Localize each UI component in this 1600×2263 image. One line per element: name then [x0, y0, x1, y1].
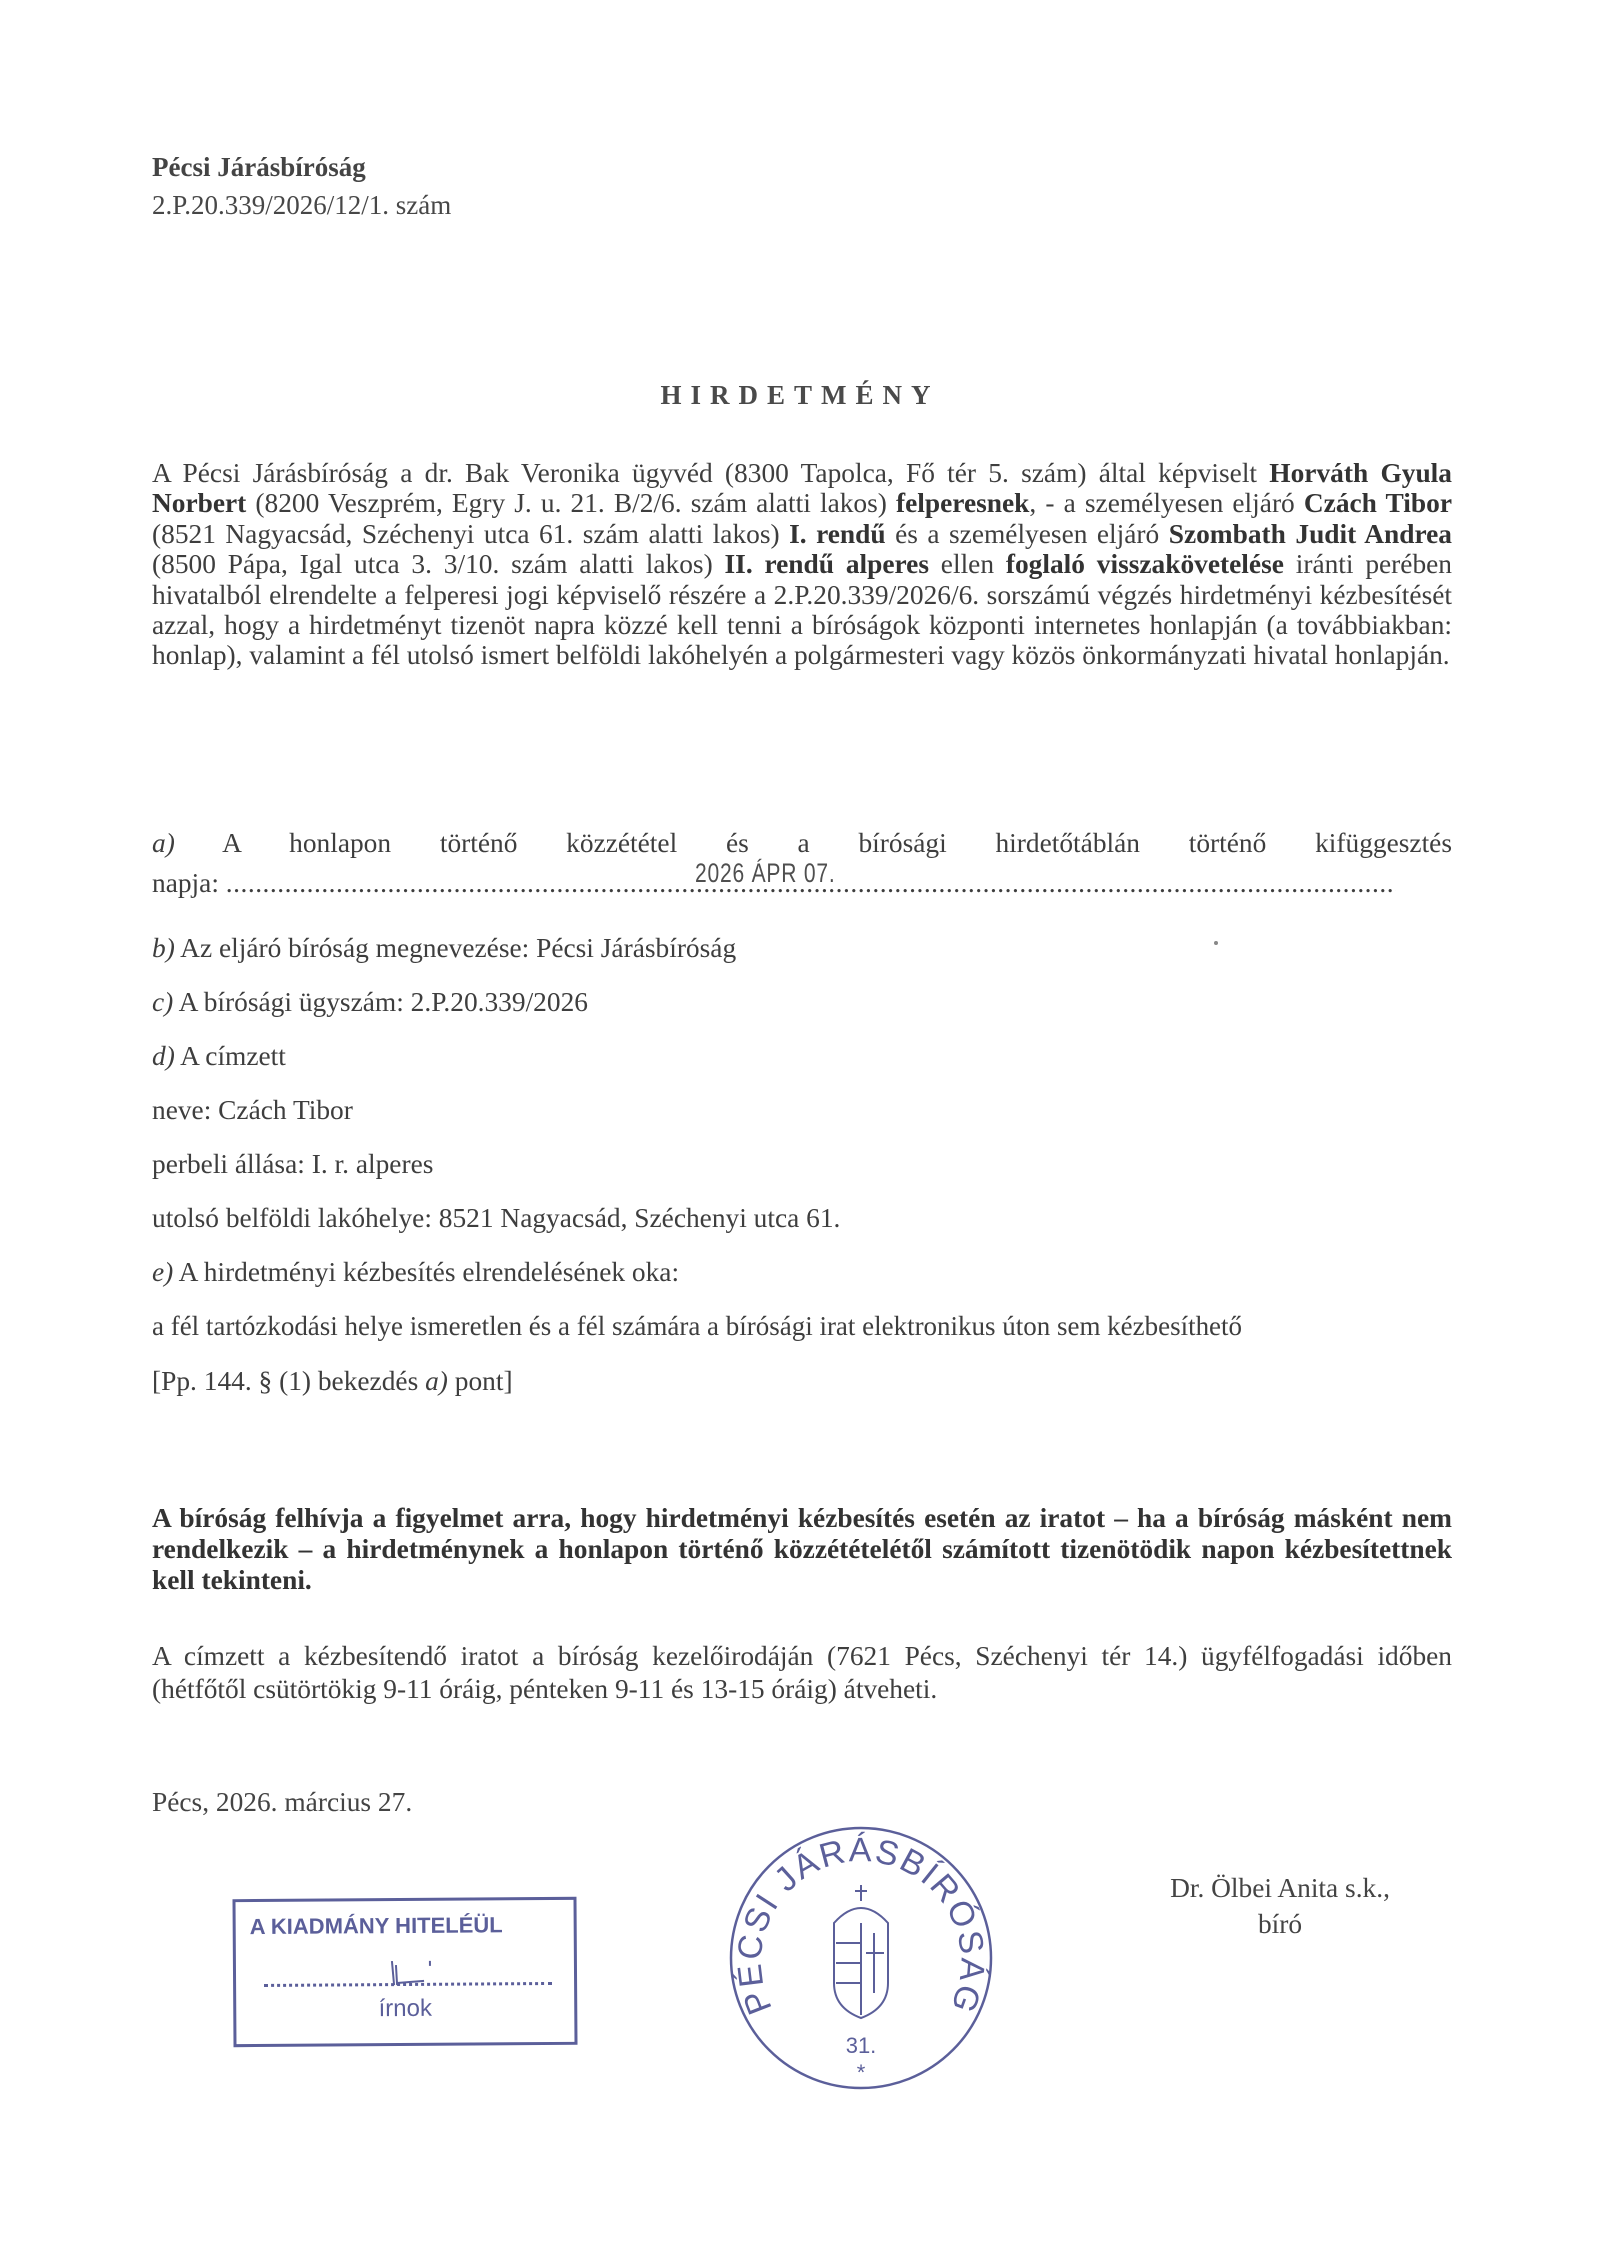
judge-title: bíró [1130, 1906, 1430, 1942]
judge-signature: Dr. Ölbei Anita s.k., bíró [1130, 1870, 1430, 1942]
pickup-info: A címzett a kézbesítendő iratot a bírósá… [152, 1640, 1452, 1706]
document-title: HIRDETMÉNY [0, 380, 1600, 411]
document-page: Pécsi Járásbíróság 2.P.20.339/2026/12/1.… [0, 0, 1600, 2263]
item-d: d) A címzett [152, 1041, 286, 1072]
coat-of-arms-icon [834, 1885, 888, 2018]
service-reason: a fél tartózkodási helye ismeretlen és a… [152, 1311, 1242, 1342]
recipient-address: utolsó belföldi lakóhelye: 8521 Nagyacsá… [152, 1203, 840, 1234]
item-a: a) A honlapon történő közzététel és a bí… [152, 825, 1452, 861]
svg-text:31.: 31. [846, 2033, 877, 2058]
defendant1-role: I. rendű [789, 519, 886, 549]
stamp-role: írnok [236, 1994, 574, 2024]
case-subject: foglaló visszakövetelése [1006, 549, 1284, 579]
recipient-status: perbeli állása: I. r. alperes [152, 1149, 433, 1180]
place-and-date: Pécs, 2026. március 27. [152, 1787, 412, 1818]
plaintiff-role: felperesnek [896, 488, 1029, 518]
authentication-stamp: A KIADMÁNY HITELÉÜL írnok [232, 1897, 577, 2047]
court-seal-icon: PÉCSI JÁRÁSBÍRÓSÁG 31. * [726, 1823, 996, 2093]
scan-speck [1214, 941, 1218, 945]
publication-date-stamp: 2026 ÁPR 07. [695, 858, 835, 889]
delivery-warning: A bíróság felhívja a figyelmet arra, hog… [152, 1503, 1452, 1596]
court-name: Pécsi Járásbíróság [152, 152, 366, 183]
item-e: e) A hirdetményi kézbesítés elrendelésén… [152, 1257, 679, 1288]
defendant2-role: II. rendű alperes [725, 549, 929, 579]
legal-reference: [Pp. 144. § (1) bekezdés a) pont] [152, 1366, 513, 1397]
intro-paragraph: A Pécsi Járásbíróság a dr. Bak Veronika … [152, 458, 1452, 671]
judge-name: Dr. Ölbei Anita s.k., [1130, 1870, 1430, 1906]
defendant2-name: Szombath Judit Andrea [1169, 519, 1452, 549]
svg-text:*: * [857, 2060, 866, 2085]
item-b: b) Az eljáró bíróság megnevezése: Pécsi … [152, 933, 736, 964]
stamp-title: A KIADMÁNY HITELÉÜL [250, 1912, 503, 1940]
defendant1-name: Czách Tibor [1304, 488, 1452, 518]
case-number: 2.P.20.339/2026/12/1. szám [152, 190, 451, 221]
item-c: c) A bírósági ügyszám: 2.P.20.339/2026 [152, 987, 588, 1018]
recipient-name: neve: Czách Tibor [152, 1095, 353, 1126]
